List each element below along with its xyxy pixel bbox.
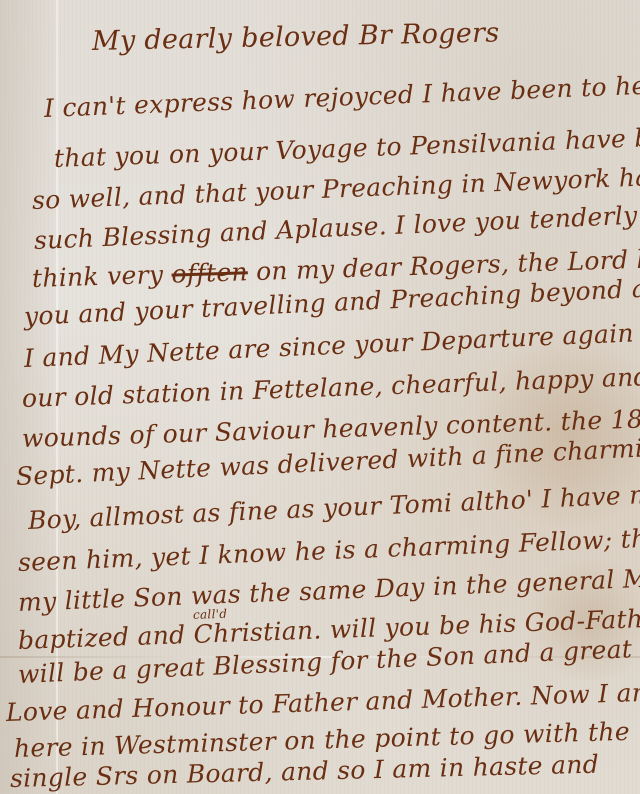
- salutation: My dearly beloved Br Rogers: [92, 17, 500, 57]
- letter-text: baptized and: [17, 620, 185, 655]
- letter-page: My dearly beloved Br Rogers I can't expr…: [0, 0, 640, 794]
- letter-text: think very: [32, 260, 164, 293]
- letter-line: I can't express how rejoyced I have been…: [43, 70, 640, 123]
- struck-word: offten: [171, 257, 248, 288]
- interlinear-insert: call'd: [193, 607, 228, 622]
